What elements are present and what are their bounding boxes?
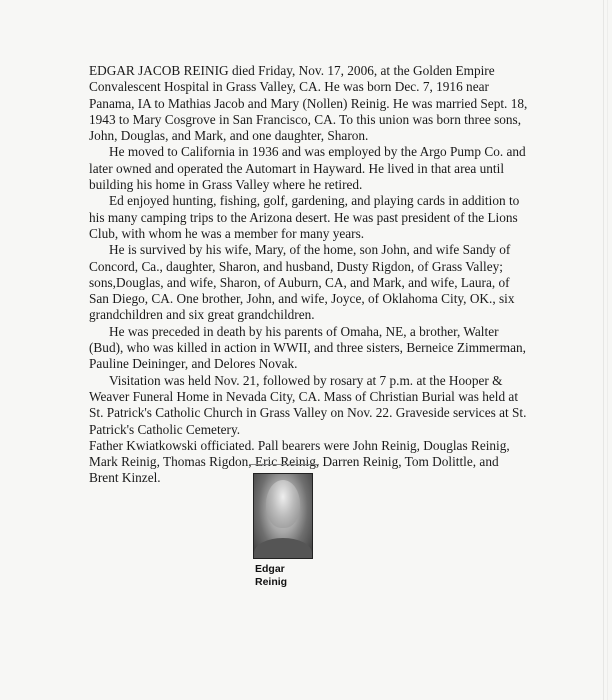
portrait-photo (253, 473, 313, 559)
paragraph-hobbies: Ed enjoyed hunting, fishing, golf, garde… (89, 193, 529, 242)
paragraph-services: Visitation was held Nov. 21, followed by… (89, 373, 529, 438)
divider (249, 464, 319, 465)
paragraph-career: He moved to California in 1936 and was e… (89, 144, 529, 193)
portrait-caption: Edgar Reinig (255, 563, 319, 589)
caption-last-name: Reinig (255, 576, 319, 589)
portrait-shoulders (254, 538, 312, 559)
paragraph-preceded: He was preceded in death by his parents … (89, 324, 529, 373)
paragraph-survivors: He is survived by his wife, Mary, of the… (89, 242, 529, 323)
scan-page-edge (607, 0, 608, 700)
portrait-face (266, 480, 300, 528)
caption-first-name: Edgar (255, 563, 319, 576)
paragraph-intro: EDGAR JACOB REINIG died Friday, Nov. 17,… (89, 63, 529, 144)
portrait-block: Edgar Reinig (249, 464, 319, 589)
obituary-text: EDGAR JACOB REINIG died Friday, Nov. 17,… (89, 63, 529, 487)
scan-page-edge (603, 0, 604, 700)
